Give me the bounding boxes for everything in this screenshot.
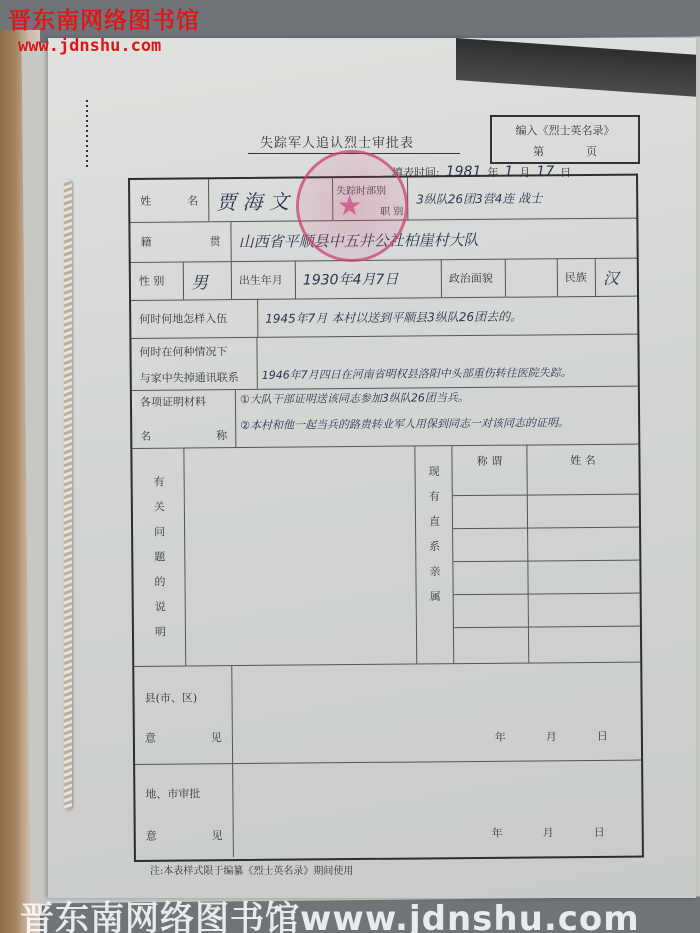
birth-value: 1930年4月7日 — [295, 259, 441, 298]
row-prefecture-opinion: 地、市审批 意见 年 月 日 — [135, 760, 642, 858]
birth-label: 出生年月 — [231, 261, 295, 300]
county-label-l1: 县(市、区) — [144, 689, 221, 706]
lost-value: 1946年7月四日在河南省明权县洛阳中头部重伤转往医院失踪。 — [257, 334, 637, 383]
evidence-item-2: ②本村和他一起当兵的路贵转业军人用保到同志一对该同志的证明。 — [240, 414, 634, 433]
background-shadow — [456, 38, 696, 97]
register-box: 编入《烈士英名录》 第 页 — [490, 115, 640, 164]
row-explanation-relatives: 有关问题的说明 现有直系亲属 称 谓 姓 名 — [132, 444, 640, 667]
native-label-a: 籍 — [140, 234, 151, 250]
ethnicity-value: 汉 — [595, 258, 637, 296]
relatives-header-relation: 称 谓 — [452, 445, 527, 496]
prefecture-year: 年 — [492, 825, 503, 841]
footnote: 注:本表样式限于编纂《烈士英名录》期间使用 — [150, 862, 353, 877]
gender-label: 性 别 — [131, 262, 183, 300]
row-enlist: 何时何地怎样入伍 1945年7月 本村以送到平顺县3纵队26团去的。 — [131, 296, 637, 339]
approval-form: 姓名 贾 海 文 失踪时部别 职 别 3纵队26团3营4连 战士 籍贯 山西省平… — [128, 174, 644, 862]
evidence-label-l1: 各项证明材料 — [140, 393, 227, 410]
relatives-table: 称 谓 姓 名 — [452, 444, 640, 664]
watermark-bottom: 晋东南网络图书馆www.jdnshu.com — [20, 891, 640, 933]
prefecture-label-a: 意 — [146, 828, 157, 844]
lost-label-l1: 何时在何种情况下 — [139, 343, 248, 360]
evidence-item-1: ①大队干部证明送该同志参加3纵队26团当兵。 — [240, 388, 634, 407]
political-value — [505, 258, 557, 296]
seal-star-icon: ★ — [337, 189, 362, 222]
evidence-label-a: 名 — [140, 428, 151, 444]
register-di: 第 — [533, 143, 544, 159]
register-ye: 页 — [586, 143, 597, 159]
unit-value: 3纵队26团3营4连 战士 — [408, 176, 636, 220]
watermark-library-name: 晋东南网络图书馆 — [8, 2, 200, 35]
native-label-b: 贯 — [209, 233, 220, 249]
official-seal-stamp: ★ — [296, 150, 408, 262]
enlist-value: 1945年7月 本村以送到平顺县3纵队26团去的。 — [257, 296, 637, 337]
political-label: 政治面貌 — [441, 259, 505, 298]
row-personal: 性 别 男 出生年月 1930年4月7日 政治面貌 民族 汉 — [131, 258, 637, 301]
lost-label-l2: 与家中失掉通讯联系 — [140, 369, 249, 386]
row-lost-contact: 何时在何种情况下 与家中失掉通讯联系 1946年7月四日在河南省明权县洛阳中头部… — [131, 334, 637, 391]
prefecture-day: 日 — [594, 824, 605, 840]
county-day: 日 — [597, 728, 608, 744]
evidence-label-b: 称 — [216, 427, 227, 443]
enlist-label: 何时何地怎样入伍 — [131, 299, 257, 338]
prefecture-label-b: 见 — [212, 827, 223, 843]
watermark-url: www.jdnshu.com — [18, 36, 161, 56]
prefecture-label-l1: 地、市审批 — [145, 785, 222, 802]
county-label-a: 意 — [145, 730, 156, 746]
gender-value: 男 — [183, 261, 231, 299]
name-label-b: 名 — [187, 192, 198, 208]
row-evidence: 各项证明材料 名称 ①大队干部证明送该同志参加3纵队26团当兵。 ②本村和他一起… — [132, 386, 638, 449]
county-month: 月 — [546, 728, 557, 744]
row-county-opinion: 县(市、区) 意见 年 月 日 — [134, 662, 641, 765]
prefecture-month: 月 — [543, 824, 554, 840]
ethnicity-label: 民族 — [557, 258, 595, 296]
explanation-value — [184, 446, 417, 666]
register-label: 编入《烈士英名录》 — [492, 122, 638, 138]
stitch-holes — [86, 100, 88, 170]
name-label-a: 姓 — [140, 193, 151, 209]
relatives-label: 现有直系亲属 — [425, 465, 443, 663]
county-year: 年 — [495, 729, 506, 745]
native-value: 山西省平顺县中五井公社柏崖村大队 — [230, 218, 636, 262]
county-label-b: 见 — [211, 729, 222, 745]
binding-thread — [64, 180, 72, 810]
explanation-label: 有关问题的说明 — [150, 476, 168, 666]
relatives-header-name: 姓 名 — [527, 444, 638, 495]
